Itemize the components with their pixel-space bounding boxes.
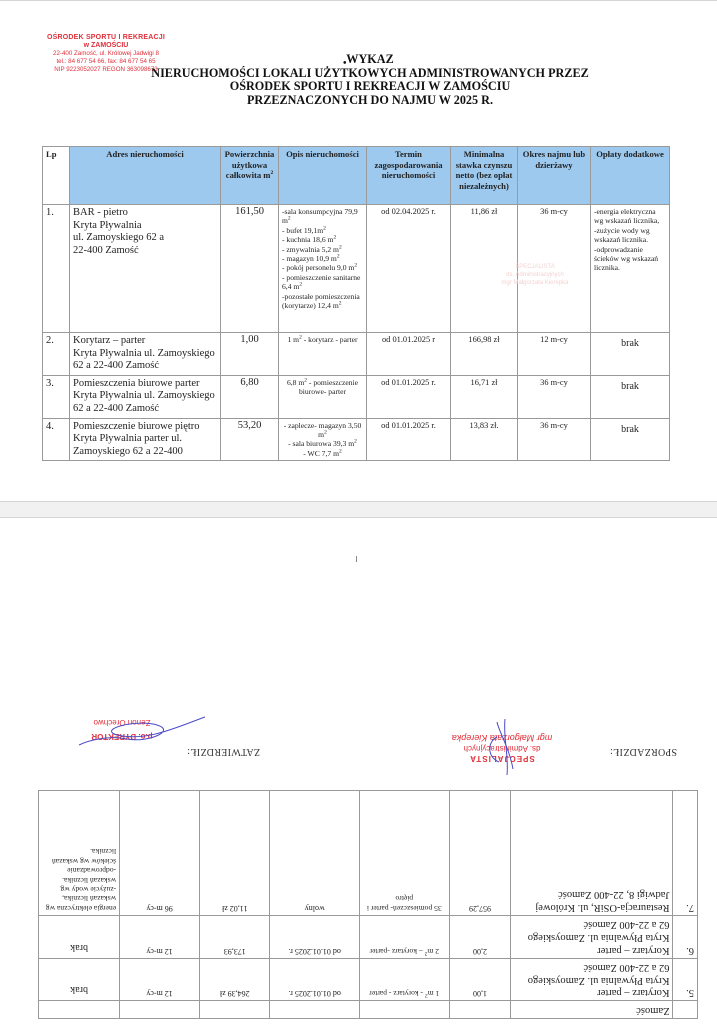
stamp-line: OŚRODEK SPORTU I REKREACJI xyxy=(36,34,176,42)
row-term: od 01.01.2025 r xyxy=(367,333,451,376)
table-row: 1.BAR - pietroKryta Pływalniaul. Zamoysk… xyxy=(43,205,670,333)
row-rate: 13,83 zł. xyxy=(451,418,518,461)
table-row-continuation: Zamość xyxy=(39,1001,698,1019)
header-fees: Opłaty dodatkowe xyxy=(591,147,670,205)
cell xyxy=(449,1001,511,1019)
row-area: 957,29 xyxy=(449,790,511,915)
row-rate: 264,39 zł xyxy=(200,958,270,1001)
row-period: 36 m-cy xyxy=(518,418,591,461)
table-row: 5.Korytarz – parterKryta Pływalnia ul. Z… xyxy=(39,958,698,1001)
table-row: 7.Restauracja-OSiR, ul. KrólowejJadwigi … xyxy=(39,790,698,915)
properties-table: Lp Adres nieruchomości Powierzchnia użyt… xyxy=(42,146,670,461)
table-row: 6.Korytarz – parterKryta Pływalnia ul. Z… xyxy=(39,915,698,958)
row-period: 36 m-cy xyxy=(518,375,591,418)
row-period: 96 m-cy xyxy=(120,790,200,915)
rotated-page-content: Zamość5.Korytarz – parterKryta Pływalnia… xyxy=(0,518,717,1024)
document-page-1: OŚRODEK SPORTU I REKREACJI w ZAMOŚCIU 22… xyxy=(0,0,717,502)
row-area: 161,50 xyxy=(221,205,279,333)
header-description: Opis nieruchomości xyxy=(279,147,367,205)
row-term: od 01.01.2025 r. xyxy=(367,418,451,461)
title-line: NIERUCHOMOŚCI LOKALI UŻYTKOWYCH ADMINIST… xyxy=(150,67,590,81)
header-address: Adres nieruchomości xyxy=(70,147,221,205)
row-address: Korytarz – parterKryta Pływalnia ul. Zam… xyxy=(511,915,673,958)
signature-director xyxy=(77,707,207,747)
row-fees: brak xyxy=(39,915,120,958)
prepared-by-label: SPORZADZIŁ: xyxy=(610,746,677,757)
row-number: 7. xyxy=(673,790,698,915)
row-term: od 01.01.2025 r. xyxy=(270,915,360,958)
signature-specialist xyxy=(477,717,527,777)
cell xyxy=(270,1001,360,1019)
row-term: od 01.01.2025 r. xyxy=(367,375,451,418)
row-term: od 01.01.2025 r. xyxy=(270,958,360,1001)
table-header-row: Lp Adres nieruchomości Powierzchnia użyt… xyxy=(43,147,670,205)
table-row: 3.Pomieszczenia biurowe parterKryta Pływ… xyxy=(43,375,670,418)
row-area: 6,80 xyxy=(221,375,279,418)
row-fees: brak xyxy=(591,375,670,418)
row-area: 53,20 xyxy=(221,418,279,461)
row-period: 12 m-cy xyxy=(120,958,200,1001)
row-term: od 02.04.2025 r. xyxy=(367,205,451,333)
document-page-2: Zamość5.Korytarz – parterKryta Pływalnia… xyxy=(0,517,717,1024)
row-address: Pomieszczenia biurowe parterKryta Pływal… xyxy=(70,375,221,418)
cell xyxy=(200,1001,270,1019)
cell xyxy=(39,1001,120,1019)
row-area: 1,00 xyxy=(449,958,511,1001)
row-address: BAR - pietroKryta Pływalniaul. Zamoyskie… xyxy=(70,205,221,333)
row-fees: -energia elektryczna wg wskazań licznika… xyxy=(591,205,670,333)
bullet-dot: • xyxy=(343,57,347,71)
header-period: Okres najmu lub dzierżawy xyxy=(518,147,591,205)
properties-table-continued: Zamość5.Korytarz – parterKryta Pływalnia… xyxy=(38,790,698,1019)
stamp-line: w ZAMOŚCIU xyxy=(36,42,176,50)
row-fees: brak xyxy=(591,333,670,376)
row-number: 3. xyxy=(43,375,70,418)
row-description: 35 pomieszczeń- parter i piętro xyxy=(360,790,450,915)
title-line: WYKAZ xyxy=(150,53,590,67)
row-address: Pomieszczenie biurowe piętroKryta Pływal… xyxy=(70,418,221,461)
cell xyxy=(360,1001,450,1019)
row-number: 6. xyxy=(673,915,698,958)
row-number: 4. xyxy=(43,418,70,461)
row-description: 1 m2 - korytarz - parter xyxy=(360,958,450,1001)
faint-stamp-bleed: SPECJALISTA ds. Administracyjnych mgr Ma… xyxy=(500,263,570,287)
row-rate: 16,71 zł xyxy=(451,375,518,418)
row-area: 1,00 xyxy=(221,333,279,376)
row-description: 6,8 m2 - pomieszczenie biurowe- parter xyxy=(279,375,367,418)
cell xyxy=(120,1001,200,1019)
header-lp: Lp xyxy=(43,147,70,205)
row-number: 5. xyxy=(673,958,698,1001)
row-description: - zaplecze- magazyn 3,50 m2- sala biurow… xyxy=(279,418,367,461)
row-fees: brak xyxy=(39,958,120,1001)
header-rate: Minimalna stawka czynszu netto (bez opła… xyxy=(451,147,518,205)
title-line: OŚRODEK SPORTU I REKREACJI W ZAMOŚCIU xyxy=(150,80,590,94)
row-period: 12 m-cy xyxy=(120,915,200,958)
row-address: Restauracja-OSiR, ul. KrólowejJadwigi 8,… xyxy=(511,790,673,915)
row-description: 1 m2 - korytarz - parter xyxy=(279,333,367,376)
row-fees: brak xyxy=(591,418,670,461)
row-rate: 173,93 xyxy=(200,915,270,958)
row-rate: 166,98 zł xyxy=(451,333,518,376)
table-row: 2.Korytarz – parterKryta Pływalnia ul. Z… xyxy=(43,333,670,376)
row-description: -sala konsumpcyjna 79,9 m2- bufet 19,1m2… xyxy=(279,205,367,333)
row-area: 2,00 xyxy=(449,915,511,958)
row-number: 1. xyxy=(43,205,70,333)
document-title: • WYKAZ NIERUCHOMOŚCI LOKALI UŻYTKOWYCH … xyxy=(150,53,590,107)
row-address: Korytarz – parterKryta Pływalnia ul. Zam… xyxy=(511,958,673,1001)
header-area: Powierzchnia użytkowa całkowita m2 xyxy=(221,147,279,205)
row-description: 2 m2 – korytarz -parter xyxy=(360,915,450,958)
cell: Zamość xyxy=(511,1001,673,1019)
approved-by-label: ZATWIERDZIŁ: xyxy=(187,746,260,757)
row-address: Korytarz – parterKryta Pływalnia ul. Zam… xyxy=(70,333,221,376)
table-row: 4.Pomieszczenie biurowe piętroKryta Pływ… xyxy=(43,418,670,461)
row-number: 2. xyxy=(43,333,70,376)
row-period: 12 m-cy xyxy=(518,333,591,376)
title-line: PRZEZNACZONYCH DO NAJMU W 2025 R. xyxy=(150,94,590,108)
row-rate: 11,02 zł xyxy=(200,790,270,915)
row-term: wolny xyxy=(270,790,360,915)
row-fees: energia elektryczna wg wskazań licznika,… xyxy=(39,790,120,915)
header-term: Termin zagospodarowania nieruchomości xyxy=(367,147,451,205)
cell xyxy=(673,1001,698,1019)
